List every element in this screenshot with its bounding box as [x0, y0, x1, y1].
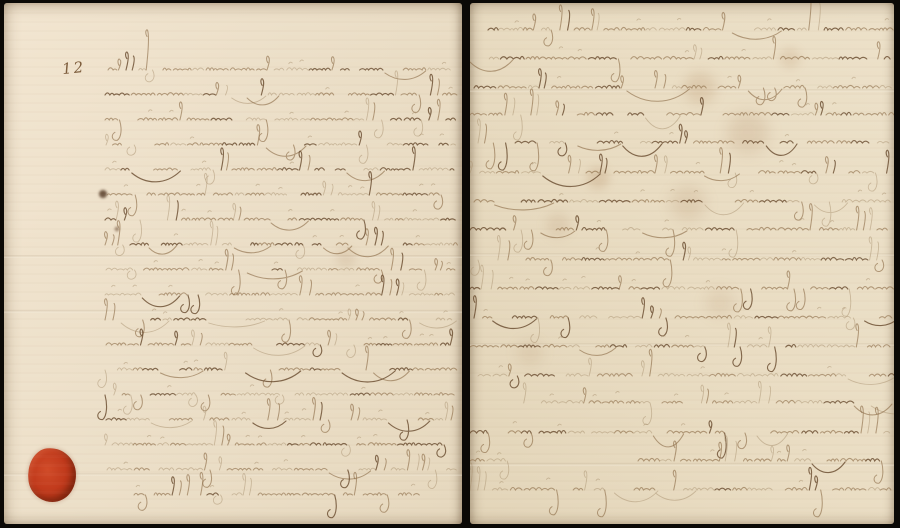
handwritten-line: [182, 207, 404, 230]
handwritten-line: [513, 95, 836, 140]
handwritten-line: [498, 271, 894, 312]
handwritten-line: [560, 189, 891, 226]
handwritten-line: [172, 477, 337, 518]
handwritten-line: [510, 470, 891, 517]
manuscript-page-left: 12: [4, 3, 462, 524]
handwritten-line: [523, 3, 893, 46]
handwritten-line: [470, 216, 734, 230]
handwritten-text-left: [4, 3, 462, 524]
handwritten-line: [562, 98, 851, 115]
handwritten-line: [508, 241, 884, 287]
handwritten-line: [470, 89, 894, 115]
handwritten-line: [478, 358, 894, 384]
handwritten-line: [496, 148, 860, 181]
handwritten-line: [130, 227, 412, 245]
handwritten-line: [126, 52, 383, 70]
handwritten-line: [528, 76, 891, 88]
handwritten-line: [518, 328, 796, 371]
handwritten-line: [105, 161, 448, 184]
handwritten-line: [470, 37, 880, 82]
handwritten-text-right: [470, 3, 894, 524]
handwritten-line: [481, 265, 870, 316]
handwritten-line: [476, 436, 810, 479]
handwritten-line: [134, 472, 419, 512]
handwritten-line: [481, 406, 878, 452]
handwritten-line: [108, 30, 426, 80]
handwritten-line: [107, 454, 456, 488]
handwritten-line: [470, 155, 894, 191]
handwritten-line: [106, 403, 430, 441]
handwritten-line: [139, 60, 451, 82]
handwritten-line: [824, 401, 854, 403]
handwritten-line: [154, 153, 385, 181]
handwritten-line: [272, 253, 403, 270]
handwritten-line: [107, 193, 443, 216]
handwritten-line: [98, 393, 370, 420]
handwritten-line: [559, 323, 855, 347]
handwritten-line: [474, 69, 620, 88]
page-number: 12: [61, 58, 86, 78]
handwritten-line: [113, 125, 307, 160]
handwritten-line: [106, 134, 456, 163]
manuscript-page-right: [470, 3, 894, 524]
handwritten-line: [105, 99, 440, 141]
handwritten-line: [478, 119, 889, 143]
handwritten-line: [488, 10, 843, 30]
handwritten-line: [108, 195, 439, 242]
handwritten-line: [470, 324, 890, 356]
handwritten-line: [484, 307, 855, 342]
handwritten-line: [159, 276, 443, 295]
handwritten-line: [113, 383, 413, 414]
handwritten-line: [498, 3, 888, 30]
handwritten-line: [543, 150, 889, 186]
handwritten-line: [470, 421, 858, 458]
handwritten-line: [105, 221, 458, 257]
handwritten-line: [508, 349, 886, 376]
handwritten-line: [470, 287, 848, 310]
handwritten-line: [715, 467, 818, 490]
handwritten-line: [169, 398, 453, 433]
handwritten-line: [106, 330, 438, 345]
handwritten-line: [474, 200, 803, 221]
handwritten-line: [523, 381, 894, 424]
handwritten-line: [184, 71, 453, 104]
handwritten-line: [341, 455, 379, 487]
handwritten-line: [514, 208, 872, 257]
handwritten-line: [124, 173, 435, 195]
handwritten-line: [133, 426, 396, 445]
handwritten-line: [513, 412, 890, 446]
handwritten-line: [105, 421, 377, 457]
handwritten-line: [122, 393, 454, 411]
handwritten-line: [144, 248, 455, 294]
manuscript-scan: 12: [0, 0, 900, 528]
handwritten-line: [498, 124, 868, 170]
handwritten-line: [121, 147, 454, 182]
handwritten-line: [143, 368, 413, 382]
handwritten-line: [582, 242, 868, 260]
handwritten-line: [136, 474, 415, 505]
handwritten-line: [301, 172, 428, 195]
